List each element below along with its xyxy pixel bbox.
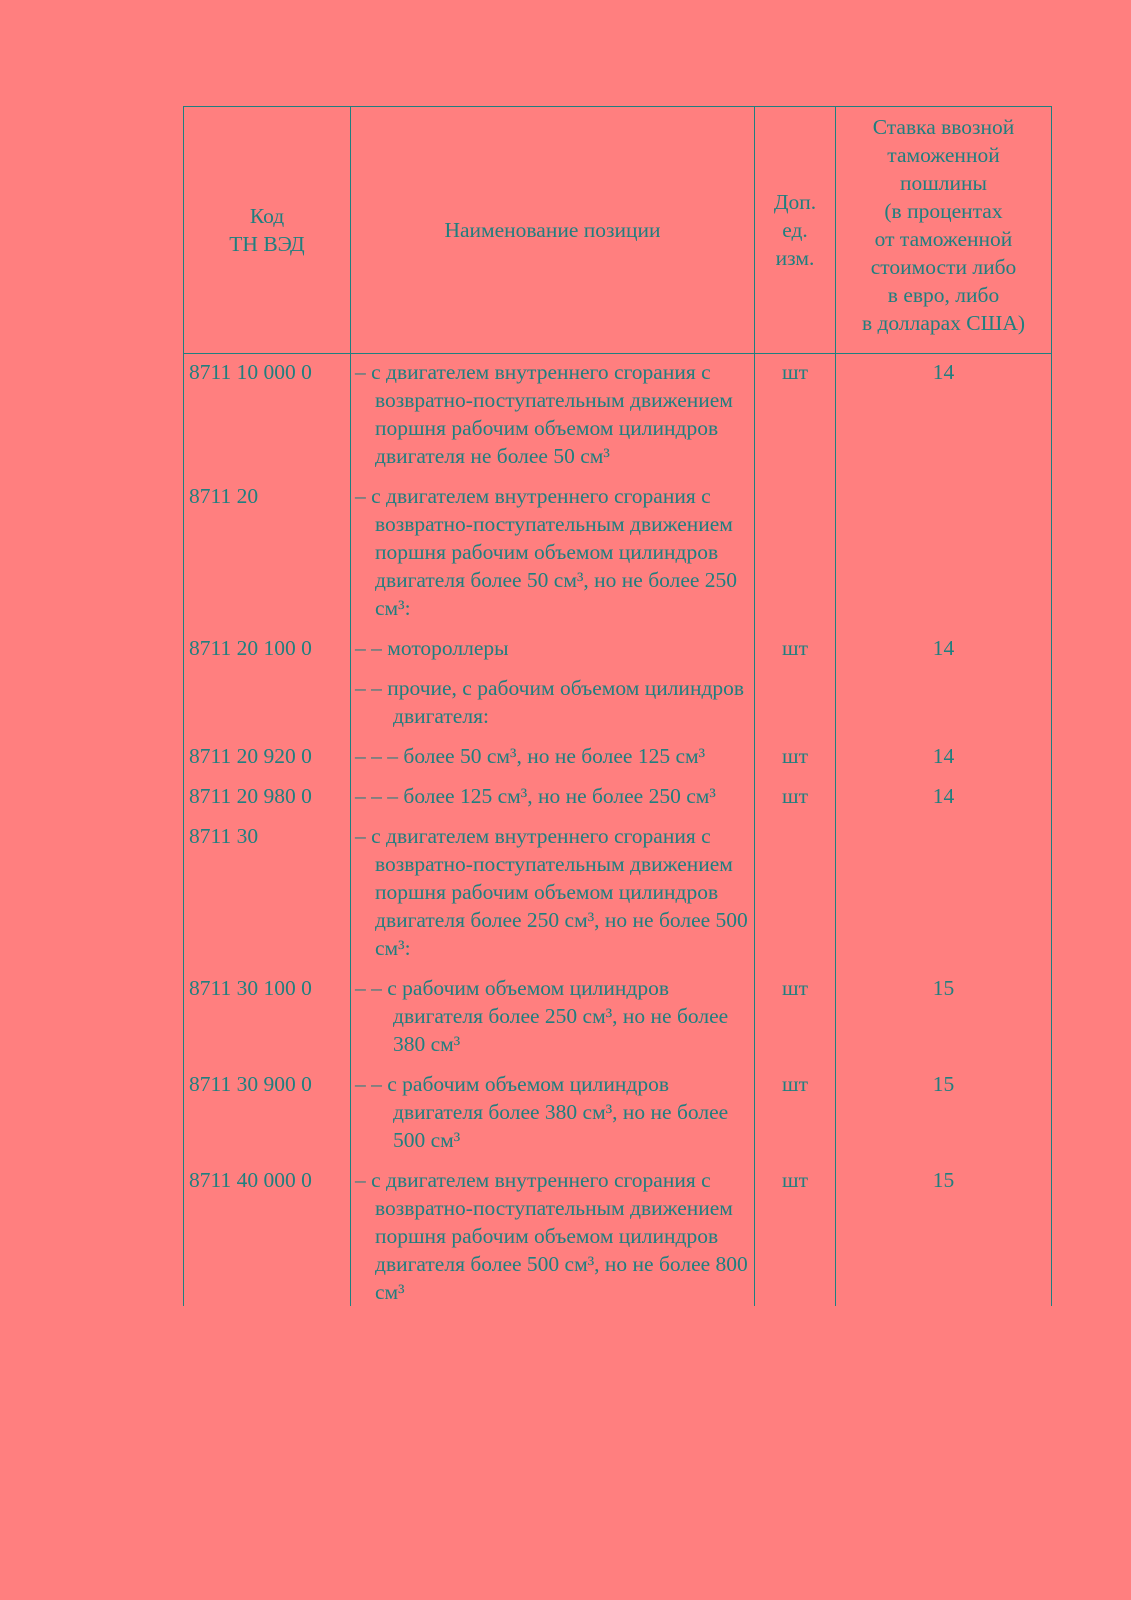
table-body: 8711 10 000 0– с двигателем внутреннего …: [184, 354, 1052, 1307]
cell-rate: 14: [836, 628, 1052, 668]
table-row: 8711 20 980 0– – – более 125 см³, но не …: [184, 776, 1052, 816]
cell-unit: [755, 476, 836, 628]
item-description: – с двигателем внутреннего сгорания с во…: [355, 482, 752, 622]
cell-rate: 14: [836, 354, 1052, 477]
cell-name: – с двигателем внутреннего сгорания с во…: [351, 816, 755, 968]
cell-unit: шт: [755, 1160, 836, 1306]
cell-rate: 15: [836, 1160, 1052, 1306]
cell-unit: [755, 668, 836, 736]
table-row: 8711 20 100 0– – мотороллерышт14: [184, 628, 1052, 668]
cell-name: – с двигателем внутреннего сгорания с во…: [351, 1160, 755, 1306]
cell-rate: 14: [836, 776, 1052, 816]
cell-code: 8711 20: [184, 476, 351, 628]
item-description: – – мотороллеры: [355, 634, 752, 662]
cell-code: 8711 20 100 0: [184, 628, 351, 668]
item-description: – с двигателем внутреннего сгорания с во…: [355, 822, 752, 962]
cell-rate: [836, 668, 1052, 736]
cell-code: 8711 30: [184, 816, 351, 968]
cell-code: 8711 30 100 0: [184, 968, 351, 1064]
table-row: 8711 20– с двигателем внутреннего сгоран…: [184, 476, 1052, 628]
header-name: Наименование позиции: [351, 107, 755, 354]
header-code: Код ТН ВЭД: [184, 107, 351, 354]
cell-name: – – с рабочим объемом цилиндров двигател…: [351, 1064, 755, 1160]
table-row: 8711 20 920 0– – – более 50 см³, но не б…: [184, 736, 1052, 776]
item-description: – с двигателем внутреннего сгорания с во…: [355, 1166, 752, 1306]
cell-unit: шт: [755, 968, 836, 1064]
item-description: – с двигателем внутреннего сгорания с во…: [355, 358, 752, 470]
cell-name: – – прочие, с рабочим объемом цилиндров …: [351, 668, 755, 736]
cell-unit: шт: [755, 736, 836, 776]
cell-rate: 14: [836, 736, 1052, 776]
table-row: 8711 10 000 0– с двигателем внутреннего …: [184, 354, 1052, 477]
cell-unit: шт: [755, 1064, 836, 1160]
cell-name: – – мотороллеры: [351, 628, 755, 668]
cell-rate: 15: [836, 1064, 1052, 1160]
table-row: 8711 30 100 0– – с рабочим объемом цилин…: [184, 968, 1052, 1064]
cell-name: – – – более 50 см³, но не более 125 см³: [351, 736, 755, 776]
table-row: 8711 40 000 0– с двигателем внутреннего …: [184, 1160, 1052, 1306]
item-description: – – с рабочим объемом цилиндров двигател…: [355, 974, 752, 1058]
cell-code: 8711 30 900 0: [184, 1064, 351, 1160]
table-row: 8711 30 900 0– – с рабочим объемом цилин…: [184, 1064, 1052, 1160]
cell-code: [184, 668, 351, 736]
header-rate: Ставка ввозной таможенной пошлины (в про…: [836, 107, 1052, 354]
cell-name: – – – более 125 см³, но не более 250 см³: [351, 776, 755, 816]
cell-unit: шт: [755, 354, 836, 477]
cell-code: 8711 20 920 0: [184, 736, 351, 776]
cell-rate: [836, 816, 1052, 968]
item-description: – – с рабочим объемом цилиндров двигател…: [355, 1070, 752, 1154]
item-description: – – – более 50 см³, но не более 125 см³: [355, 742, 752, 770]
cell-unit: [755, 816, 836, 968]
cell-code: 8711 10 000 0: [184, 354, 351, 477]
cell-rate: [836, 476, 1052, 628]
item-description: – – – более 125 см³, но не более 250 см³: [355, 782, 752, 810]
cell-unit: шт: [755, 776, 836, 816]
tariff-table: Код ТН ВЭД Наименование позиции Доп. ед.…: [183, 106, 1052, 1306]
table-row: – – прочие, с рабочим объемом цилиндров …: [184, 668, 1052, 736]
header-unit: Доп. ед. изм.: [755, 107, 836, 354]
cell-name: – с двигателем внутреннего сгорания с во…: [351, 354, 755, 477]
cell-code: 8711 20 980 0: [184, 776, 351, 816]
cell-name: – с двигателем внутреннего сгорания с во…: [351, 476, 755, 628]
cell-name: – – с рабочим объемом цилиндров двигател…: [351, 968, 755, 1064]
cell-unit: шт: [755, 628, 836, 668]
item-description: – – прочие, с рабочим объемом цилиндров …: [355, 674, 752, 730]
table-row: 8711 30– с двигателем внутреннего сгоран…: [184, 816, 1052, 968]
cell-rate: 15: [836, 968, 1052, 1064]
cell-code: 8711 40 000 0: [184, 1160, 351, 1306]
table-header: Код ТН ВЭД Наименование позиции Доп. ед.…: [184, 107, 1052, 354]
